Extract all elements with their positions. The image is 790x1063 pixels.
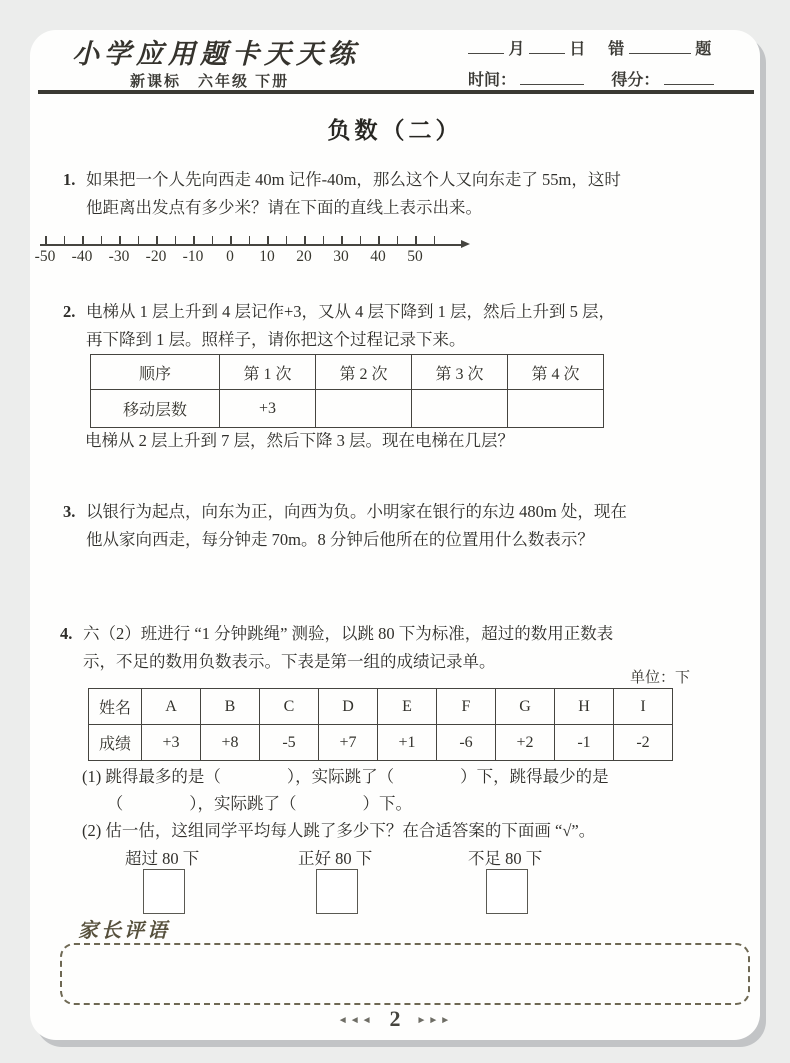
table-cell: G xyxy=(496,689,555,725)
series-subtitle: 新课标 六年级 下册 xyxy=(130,70,289,91)
number-line-tick xyxy=(175,236,177,245)
number-line-tick-label: 0 xyxy=(226,248,234,266)
number-line-tick-label: 30 xyxy=(333,248,349,266)
number-line-tick-label: 40 xyxy=(370,248,386,266)
number-line-tick-label: -50 xyxy=(35,248,56,266)
unit-note: 单位：下 xyxy=(630,666,690,687)
question-4-number: 4. xyxy=(60,620,72,648)
question-2-line: 电梯从 1 层上升到 4 层记作+3，又从 4 层下降到 1 层，然后上升到 5… xyxy=(86,298,615,326)
table-cell: +7 xyxy=(319,725,378,761)
header-score-block: 月 日 错 题 时间： 得分： xyxy=(468,34,748,96)
table-cell: 顺序 xyxy=(91,355,220,390)
number-line-tick xyxy=(138,236,140,245)
table-row: 成绩+3+8-5+7+1-6+2-1-2 xyxy=(89,725,673,761)
number-line-tick xyxy=(397,236,399,245)
number-line-tick xyxy=(193,236,195,245)
table-cell: 第 2 次 xyxy=(316,355,412,390)
table-cell: 移动层数 xyxy=(91,390,220,428)
number-line-tick xyxy=(156,236,158,245)
number-line-axis xyxy=(40,244,464,246)
subquestion-line: (2) 估一估，这组同学平均每人跳了多少下？在合适答案的下面画 “√”。 xyxy=(82,817,609,844)
table-cell: -1 xyxy=(555,725,614,761)
wrong-count-blank-field[interactable] xyxy=(629,39,691,54)
table-row: 移动层数+3 xyxy=(91,390,604,428)
series-title: 小学应用题卡天天练 xyxy=(72,32,360,71)
number-line-tick xyxy=(360,236,362,245)
number-line-tick xyxy=(378,236,380,245)
jump-rope-score-table: 姓名ABCDEFGHI成绩+3+8-5+7+1-6+2-1-2 xyxy=(88,688,673,761)
number-line-tick-label: 50 xyxy=(407,248,423,266)
table-cell: 第 4 次 xyxy=(508,355,604,390)
number-line-tick-label: -10 xyxy=(183,248,204,266)
question-2-line: 再下降到 1 层。照样子，请你把这个过程记录下来。 xyxy=(86,326,615,354)
number-line-tick xyxy=(286,236,288,245)
question-4-line: 示，不足的数用负数表示。下表是第一组的成绩记录单。 xyxy=(83,648,613,676)
subquestion-line: (1) 跳得最多的是（ ），实际跳了（ ）下，跳得最少的是 xyxy=(82,763,609,790)
number-line-tick xyxy=(304,236,306,245)
number-line-tick xyxy=(212,236,214,245)
question-2-number: 2. xyxy=(63,298,75,326)
number-line-tick xyxy=(230,236,232,245)
table-cell: 姓名 xyxy=(89,689,142,725)
wrong-label: 错 xyxy=(608,41,624,58)
number-line-tick xyxy=(101,236,103,245)
number-line-tick xyxy=(82,236,84,245)
table-empty-cell[interactable] xyxy=(316,390,412,428)
table-cell: -6 xyxy=(437,725,496,761)
question-2: 2. 电梯从 1 层上升到 4 层记作+3，又从 4 层下降到 1 层，然后上升… xyxy=(63,298,615,354)
table-cell: -5 xyxy=(260,725,319,761)
table-cell: +1 xyxy=(378,725,437,761)
score-blank-field[interactable] xyxy=(664,70,714,85)
table-cell: 成绩 xyxy=(89,725,142,761)
table-cell: +3 xyxy=(220,390,316,428)
question-3-line: 以银行为起点，向东为正，向西为负。小明家在银行的东边 480m 处，现在 xyxy=(86,498,627,526)
page-number: 2 xyxy=(390,1006,401,1031)
table-cell: +8 xyxy=(201,725,260,761)
table-cell: 第 3 次 xyxy=(412,355,508,390)
question-3: 3. 以银行为起点，向东为正，向西为负。小明家在银行的东边 480m 处，现在 … xyxy=(63,498,627,554)
number-line-tick xyxy=(119,236,121,245)
table-row: 姓名ABCDEFGHI xyxy=(89,689,673,725)
number-line-tick xyxy=(249,236,251,245)
number-line-diagram[interactable]: -50-40-30-20-1001020304050 xyxy=(40,230,485,280)
answer-checkbox[interactable] xyxy=(486,869,528,914)
table-cell: A xyxy=(142,689,201,725)
table-cell: E xyxy=(378,689,437,725)
table-cell: I xyxy=(614,689,673,725)
question-1-line: 他距离出发点有多少米？请在下面的直线上表示出来。 xyxy=(86,194,621,222)
worksheet-page: 小学应用题卡天天练 新课标 六年级 下册 月 日 错 题 时间： 得分： 负数（… xyxy=(30,30,760,1040)
table-cell: +2 xyxy=(496,725,555,761)
table-empty-cell[interactable] xyxy=(508,390,604,428)
month-label: 月 xyxy=(508,41,524,58)
question-4-subquestions: (1) 跳得最多的是（ ），实际跳了（ ）下，跳得最少的是 （ ），实际跳了（ … xyxy=(82,763,609,844)
table-cell: D xyxy=(319,689,378,725)
time-label: 时间： xyxy=(468,72,516,89)
number-line-tick xyxy=(64,236,66,245)
table-cell: B xyxy=(201,689,260,725)
page-title: 负数（二） xyxy=(30,112,760,145)
question-1-line: 如果把一个人先向西走 40m 记作-40m，那么这个人又向东走了 55m，这时 xyxy=(86,166,621,194)
next-page-icon: ►►► xyxy=(417,1015,453,1026)
month-blank-field[interactable] xyxy=(468,39,504,54)
parent-comment-label: 家长评语 xyxy=(72,914,176,943)
number-line-tick xyxy=(415,236,417,245)
wrong-unit-label: 题 xyxy=(695,41,711,58)
table-cell: 第 1 次 xyxy=(220,355,316,390)
answer-option-label: 超过 80 下 xyxy=(125,845,199,869)
number-line-arrow-icon xyxy=(461,240,470,248)
header-date-row: 月 日 错 题 xyxy=(468,34,748,65)
header-divider xyxy=(38,90,754,94)
table-cell: C xyxy=(260,689,319,725)
prev-page-icon: ◄◄◄ xyxy=(338,1015,374,1026)
answer-option-label: 不足 80 下 xyxy=(468,845,542,869)
score-label: 得分： xyxy=(611,72,659,89)
number-line-tick xyxy=(267,236,269,245)
question-3-number: 3. xyxy=(63,498,75,526)
answer-checkbox[interactable] xyxy=(316,869,358,914)
answer-option-label: 正好 80 下 xyxy=(298,845,372,869)
subquestion-line: （ ），实际跳了（ ）下。 xyxy=(82,790,609,817)
number-line-tick-label: -20 xyxy=(146,248,167,266)
page-footer: ◄◄◄ 2 ►►► xyxy=(30,1006,760,1032)
time-blank-field[interactable] xyxy=(520,70,584,85)
elevator-record-table: 顺序第 1 次第 2 次第 3 次第 4 次移动层数+3 xyxy=(90,354,604,428)
parent-comment-box[interactable] xyxy=(60,943,750,1005)
question-3-line: 他从家向西走，每分钟走 70m。8 分钟后他所在的位置用什么数表示？ xyxy=(86,526,627,554)
table-row: 顺序第 1 次第 2 次第 3 次第 4 次 xyxy=(91,355,604,390)
number-line-tick-label: -30 xyxy=(109,248,130,266)
table-cell: H xyxy=(555,689,614,725)
question-2-followup: 电梯从 2 层上升到 7 层，然后下降 3 层。现在电梯在几层？ xyxy=(85,427,514,455)
number-line-tick xyxy=(323,236,325,245)
question-1-number: 1. xyxy=(63,166,75,194)
day-blank-field[interactable] xyxy=(529,39,565,54)
number-line-tick-label: 10 xyxy=(259,248,275,266)
question-4: 4. 六（2）班进行 “1 分钟跳绳” 测验，以跳 80 下为标准，超过的数用正… xyxy=(60,620,613,676)
question-4-line: 六（2）班进行 “1 分钟跳绳” 测验，以跳 80 下为标准，超过的数用正数表 xyxy=(83,620,613,648)
answer-checkbox[interactable] xyxy=(143,869,185,914)
table-empty-cell[interactable] xyxy=(412,390,508,428)
table-cell: +3 xyxy=(142,725,201,761)
number-line-tick xyxy=(434,236,436,245)
question-1: 1. 如果把一个人先向西走 40m 记作-40m，那么这个人又向东走了 55m，… xyxy=(63,166,621,222)
number-line-tick xyxy=(341,236,343,245)
number-line-tick xyxy=(45,236,47,245)
table-cell: -2 xyxy=(614,725,673,761)
number-line-tick-label: 20 xyxy=(296,248,312,266)
day-label: 日 xyxy=(569,41,585,58)
number-line-tick-label: -40 xyxy=(72,248,93,266)
table-cell: F xyxy=(437,689,496,725)
